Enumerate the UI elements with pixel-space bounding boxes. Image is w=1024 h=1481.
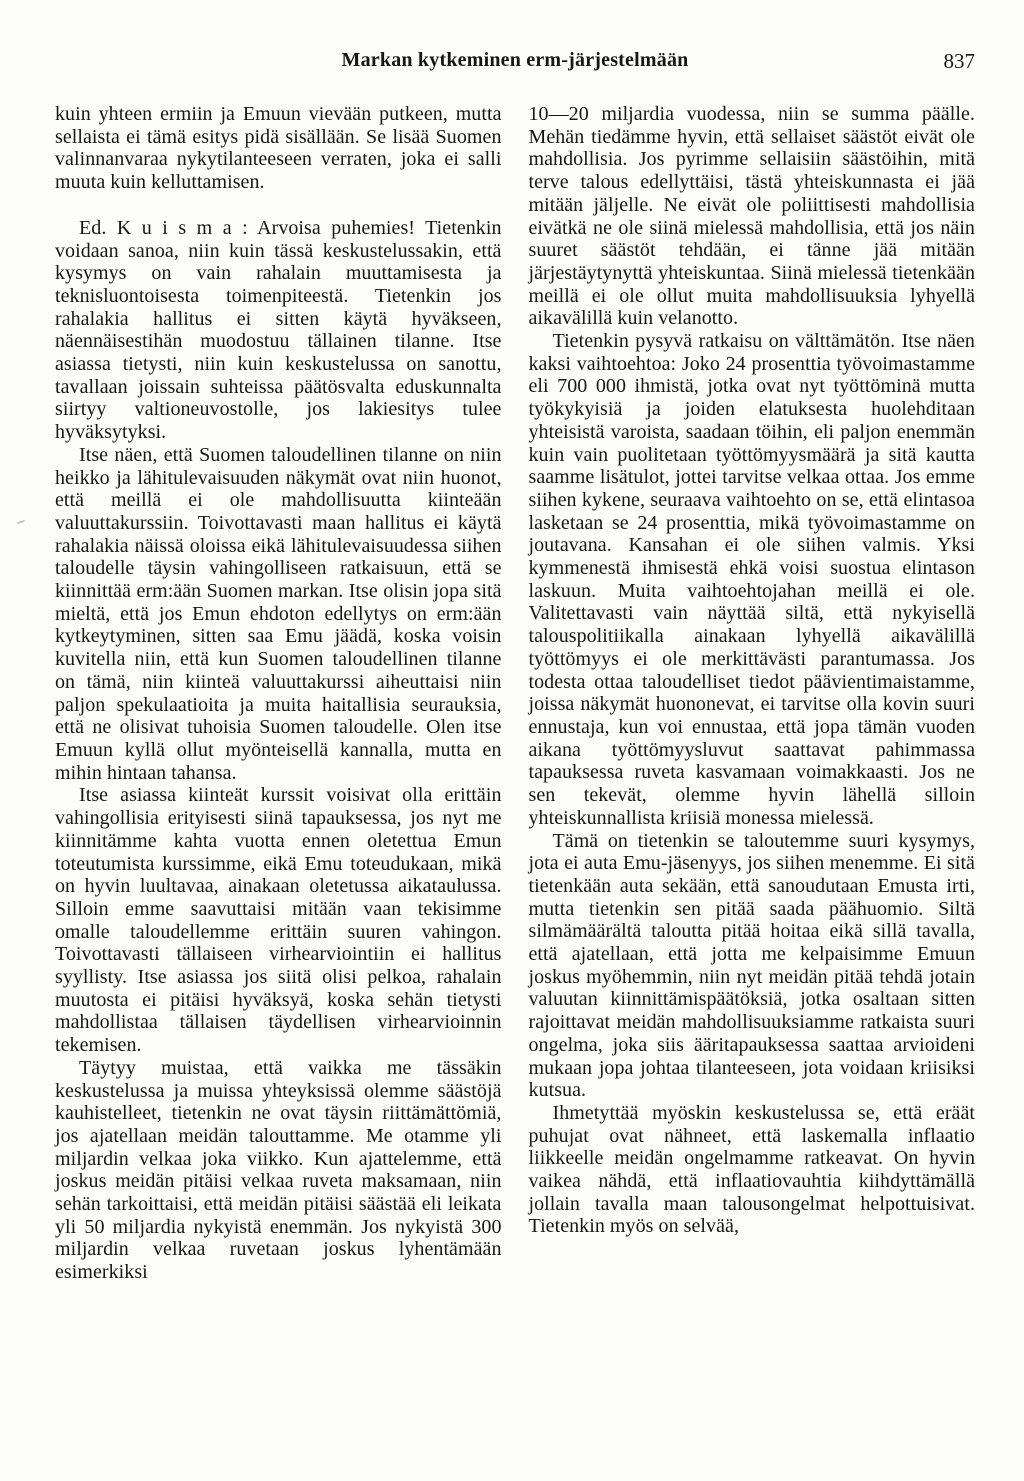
paragraph: Ihmetyttää myöskin keskustelussa se, ett… — [529, 1102, 976, 1238]
paragraph-speech-kuisma: Ed. K u i s m a : Arvoisa puhemies! Tiet… — [55, 217, 502, 444]
paragraph: Tietenkin pysyvä ratkaisu on välttämätön… — [529, 330, 976, 829]
paragraph: Täytyy muistaa, että vaikka me tässäkin … — [55, 1057, 502, 1284]
scanned-page: { "document": { "header": { "title": "Ma… — [0, 0, 1024, 1481]
page-number: 837 — [944, 49, 976, 74]
paragraph-continuation: 10—20 miljardia vuodessa, niin se summa … — [529, 103, 976, 330]
paragraph-continuation: kuin yhteen ermiin ja Emuun vievään putk… — [55, 103, 502, 194]
paragraph: Itse asiassa kiinteät kurssit voisivat o… — [55, 784, 502, 1056]
paragraph: Itse näen, että Suomen taloudellinen til… — [55, 444, 502, 785]
page-title: Markan kytkeminen erm-järjestelmään — [55, 49, 975, 72]
paragraph: Tämä on tietenkin se taloutemme suuri ky… — [529, 830, 976, 1102]
scan-artifact — [17, 520, 25, 524]
right-column: 10—20 miljardia vuodessa, niin se summa … — [529, 103, 976, 1284]
left-column: kuin yhteen ermiin ja Emuun vievään putk… — [55, 103, 502, 1284]
text-columns: kuin yhteen ermiin ja Emuun vievään putk… — [55, 103, 975, 1284]
page-header: Markan kytkeminen erm-järjestelmään 837 — [55, 49, 975, 77]
